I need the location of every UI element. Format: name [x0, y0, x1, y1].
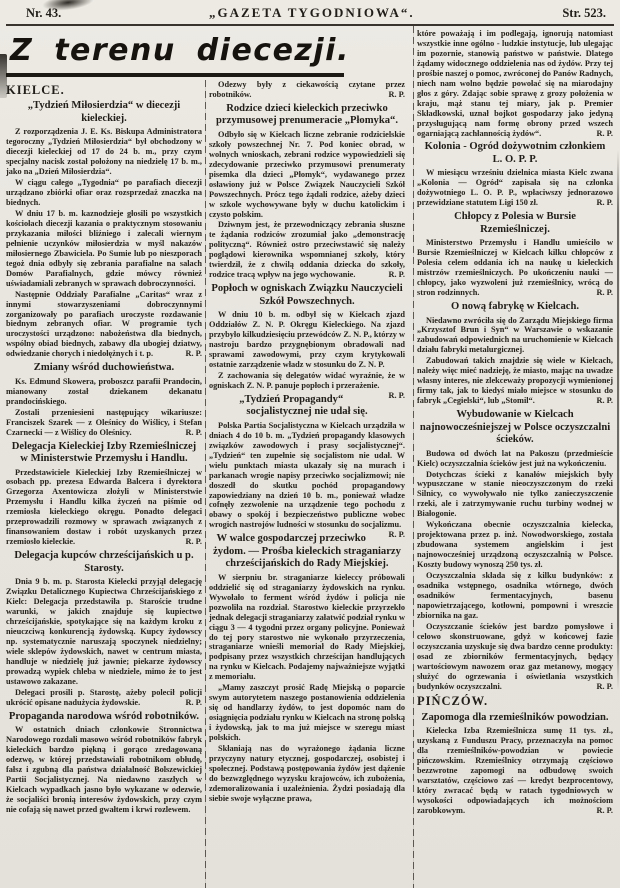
signature: R. P.: [371, 530, 405, 540]
column-divider: [413, 26, 414, 888]
paragraph: Z rozporządzenia J. E. Ks. Biskupa Admin…: [6, 127, 202, 177]
section-header: PIŃCZÓW.: [417, 694, 613, 708]
signature: R. P.: [371, 90, 405, 100]
signature: R. P.: [168, 349, 202, 359]
signature: R. P.: [579, 806, 613, 816]
column-1: KIELCE.„Tydzień Miłosierdzia“ w diecezji…: [6, 80, 202, 888]
paragraph: Odbyło się w Kielcach liczne zebranie ro…: [209, 130, 405, 220]
article-headline: Delegacja Kieleckiej Izby Rzemieślniczej…: [8, 441, 200, 466]
paragraph: W ciągu całego „Tygodnia“ po parafiach d…: [6, 178, 202, 208]
signature: R. P.: [371, 391, 405, 401]
signature: R. P.: [168, 698, 202, 708]
paragraph: Budowa od dwóch lat na Pakoszu (przedmie…: [417, 449, 613, 469]
paragraph: Ks. Edmund Skowera, proboszcz parafii Pr…: [6, 377, 202, 407]
paragraph: Niedawno zwróciła się do Zarządu Miejski…: [417, 316, 613, 356]
article-headline: O nową fabrykę w Kielcach.: [419, 301, 611, 314]
article-headline: Wybudowanie w Kielcach najnowocześniejsz…: [419, 409, 611, 447]
paragraph: Wykończana obecnie oczyszczalnia kieleck…: [417, 520, 613, 570]
article-headline: Kolonia - Ogród dożywotnim członkiem L. …: [419, 141, 611, 166]
main-headline: Z terenu diecezji.: [6, 26, 344, 77]
paragraph: W dniu 17 b. m. kaznodzieje głosili po w…: [6, 209, 202, 289]
signature: R. P.: [168, 428, 202, 438]
signature: R. P.: [579, 396, 613, 406]
article-headline: „Tydzień Miłosierdzia“ w diecezji kielec…: [8, 100, 200, 125]
paragraph: Ministerstwo Przemysłu i Handlu umieścił…: [417, 238, 613, 298]
signature: R. P.: [579, 682, 613, 692]
paragraph: Przedstawiciele Kieleckiej Izby Rzemieśl…: [6, 468, 202, 548]
signature: R. P.: [588, 129, 613, 139]
article-headline: Propaganda narodowa wśród robotników.: [8, 711, 200, 724]
signature: R. P.: [168, 537, 202, 547]
paragraph: W miesiącu wrześniu dzielnica miasta Kie…: [417, 168, 613, 208]
masthead-title: „GAZETA TYGODNIOWA“.: [209, 5, 415, 21]
column-divider: [205, 80, 206, 888]
paragraph: Odezwy były z ciekawością czytane przez …: [209, 80, 405, 100]
signature: R. P.: [579, 198, 613, 208]
article-headline: Zmiany wśród duchowieństwa.: [8, 362, 200, 375]
paragraph: Następnie Oddziały Parafialne „Caritas“ …: [6, 290, 202, 360]
newspaper-page: { "colors": { "paper": "#e8e5df", "ink":…: [0, 0, 620, 888]
main-content: Z terenu diecezji. KIELCE.„Tydzień Miłos…: [6, 26, 614, 888]
column-3: które poważają i im podlegają, ignorują …: [417, 26, 613, 888]
paragraph: „Mamy zaszczyt prosić Radę Miejską o pop…: [209, 683, 405, 743]
article-headline: Rodzice dzieci kieleckich przeciwko przy…: [211, 103, 403, 128]
article-headline: Zapomoga dla rzemieślników powodzian.: [419, 712, 611, 725]
issue-number: Nr. 43.: [26, 6, 61, 21]
paragraph: Zabudowań takich znajdzie się wiele w Ki…: [417, 356, 613, 406]
paragraph: Kielecka Izba Rzemieślnicza sumę 11 tys.…: [417, 726, 613, 816]
paragraph: Oczyszczanie ścieków jest bardzo pomysło…: [417, 622, 613, 692]
paragraph: Dziwnym jest, że przewodniczący zebrania…: [209, 220, 405, 280]
columns-1-2: KIELCE.„Tydzień Miłosierdzia“ w diecezji…: [6, 80, 410, 888]
page: Nr. 43. „GAZETA TYGODNIOWA“. Str. 523. Z…: [0, 0, 620, 888]
article-headline: Popłoch w ogniskach Związku Nauczycieli …: [211, 283, 403, 308]
page-number: Str. 523.: [562, 6, 606, 21]
paragraph: W dniu 10 b. m. odbył się w Kielcach zja…: [209, 310, 405, 370]
paragraph: Skłaniają nas do wyrażonego żądania licz…: [209, 744, 405, 804]
paragraph: które poważają i im podlegają, ignorują …: [417, 29, 613, 138]
paragraph: Dotychczas ścieki z kanałów miejskich by…: [417, 470, 613, 520]
left-section: Z terenu diecezji. KIELCE.„Tydzień Miłos…: [6, 26, 410, 888]
paragraph: Zostali przeniesieni następujący wikariu…: [6, 408, 202, 438]
paragraph: Delegaci prosili p. Starostę, ażeby pole…: [6, 688, 202, 708]
paragraph: Oczyszczalnia składa się z kilku budynkó…: [417, 571, 613, 621]
paragraph: Dnia 9 b. m. p. Starosta Kielecki przyją…: [6, 577, 202, 686]
signature: R. P.: [371, 270, 405, 280]
section-header: KIELCE.: [6, 83, 202, 97]
article-headline: Delegacja kupców chrześcijańskich u p. S…: [8, 550, 200, 575]
paragraph: W sierpniu br. straganiarze kieleccy pró…: [209, 573, 405, 682]
column-2: Odezwy były z ciekawością czytane przez …: [209, 80, 405, 888]
paragraph: Polska Partia Socjalistyczna w Kielcach …: [209, 421, 405, 530]
paragraph: W ostatnich dniach członkowie Stronnictw…: [6, 725, 202, 815]
paragraph: Z zachowania się delegatów widać wyraźni…: [209, 371, 405, 391]
signature: R. P.: [579, 288, 613, 298]
article-headline: Chłopcy z Polesia w Bursie Rzemieślnicze…: [419, 211, 611, 236]
page-header: Nr. 43. „GAZETA TYGODNIOWA“. Str. 523.: [6, 2, 614, 26]
